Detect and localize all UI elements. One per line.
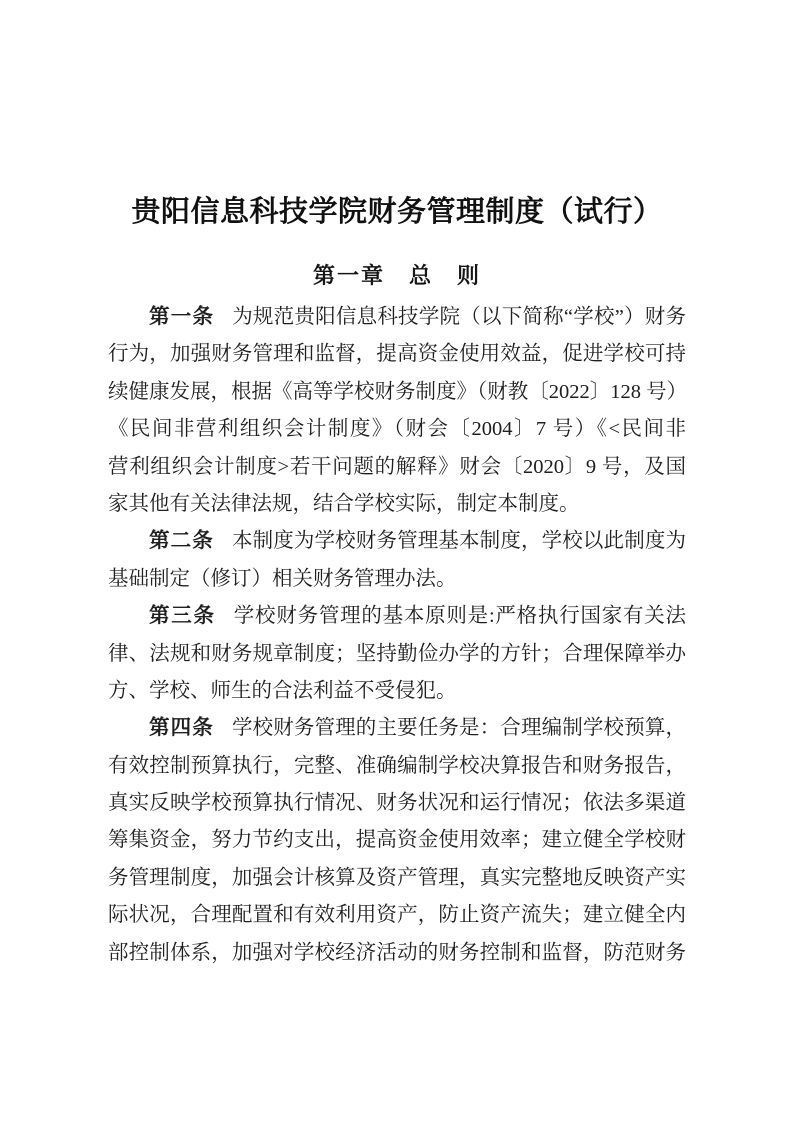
article-1-line: 行为，加强财务管理和监督，提高资金使用效益，促进学校可持 — [108, 336, 686, 373]
article-4-line: 真实反映学校预算执行情况、财务状况和运行情况；依法多渠道 — [108, 785, 686, 822]
article-4-line: 际状况，合理配置和有效利用资产，防止资产流失；建立健全内 — [108, 897, 686, 934]
document-page: 贵阳信息科技学院财务管理制度（试行） 第一章 总 则 第一条为规范贵阳信息科技学… — [0, 0, 793, 1122]
article-2-text: 本制度为学校财务管理基本制度，学校以此制度为 — [232, 530, 686, 552]
article-3-line: 律、法规和财务规章制度；坚持勤俭办学的方针；合理保障举办 — [108, 636, 686, 673]
article-4-line: 部控制体系，加强对学校经济活动的财务控制和监督，防范财务 — [108, 935, 686, 972]
article-3-term: 第三条 — [149, 605, 216, 627]
article-1-line: 续健康发展，根据《高等学校财务制度》（财教〔2022〕128 号） — [108, 374, 686, 411]
article-4-line: 务管理制度，加强会计核算及资产管理，真实完整地反映资产实 — [108, 860, 686, 897]
document-title: 贵阳信息科技学院财务管理制度（试行） — [108, 0, 686, 234]
article-1-line: 营利组织会计制度>若干问题的解释》财会〔2020〕9 号，及国 — [108, 449, 686, 486]
article-4-line: 第四条学校财务管理的主要任务是：合理编制学校预算， — [108, 710, 686, 747]
article-1-line: 第一条为规范贵阳信息科技学院（以下简称“学校”）财务 — [108, 299, 686, 336]
document-body: 第一条为规范贵阳信息科技学院（以下简称“学校”）财务 行为，加强财务管理和监督，… — [108, 299, 686, 972]
chapter-heading: 第一章 总 则 — [108, 259, 686, 293]
article-1-term: 第一条 — [149, 306, 214, 328]
article-3-line: 第三条学校财务管理的基本原则是:严格执行国家有关法 — [108, 598, 686, 635]
article-1-text: 为规范贵阳信息科技学院（以下简称“学校”）财务 — [232, 306, 686, 328]
article-2-line: 基础制定（修订）相关财务管理办法。 — [108, 561, 686, 598]
article-1-line: 《民间非营利组织会计制度》（财会〔2004〕7 号）《<民间非 — [108, 411, 686, 448]
article-1-line: 家其他有关法律法规，结合学校实际，制定本制度。 — [108, 486, 686, 523]
article-4-line: 筹集资金，努力节约支出，提高资金使用效率；建立健全学校财 — [108, 822, 686, 859]
article-3-text: 学校财务管理的基本原则是:严格执行国家有关法 — [234, 605, 686, 627]
article-4-text: 学校财务管理的主要任务是：合理编制学校预算， — [232, 717, 686, 739]
article-2-term: 第二条 — [149, 530, 214, 552]
article-3-line: 方、学校、师生的合法利益不受侵犯。 — [108, 673, 686, 710]
article-4-line: 有效控制预算执行，完整、准确编制学校决算报告和财务报告， — [108, 748, 686, 785]
article-4-term: 第四条 — [149, 717, 214, 739]
document-content: 贵阳信息科技学院财务管理制度（试行） 第一章 总 则 第一条为规范贵阳信息科技学… — [108, 0, 686, 972]
article-2-line: 第二条本制度为学校财务管理基本制度，学校以此制度为 — [108, 523, 686, 560]
